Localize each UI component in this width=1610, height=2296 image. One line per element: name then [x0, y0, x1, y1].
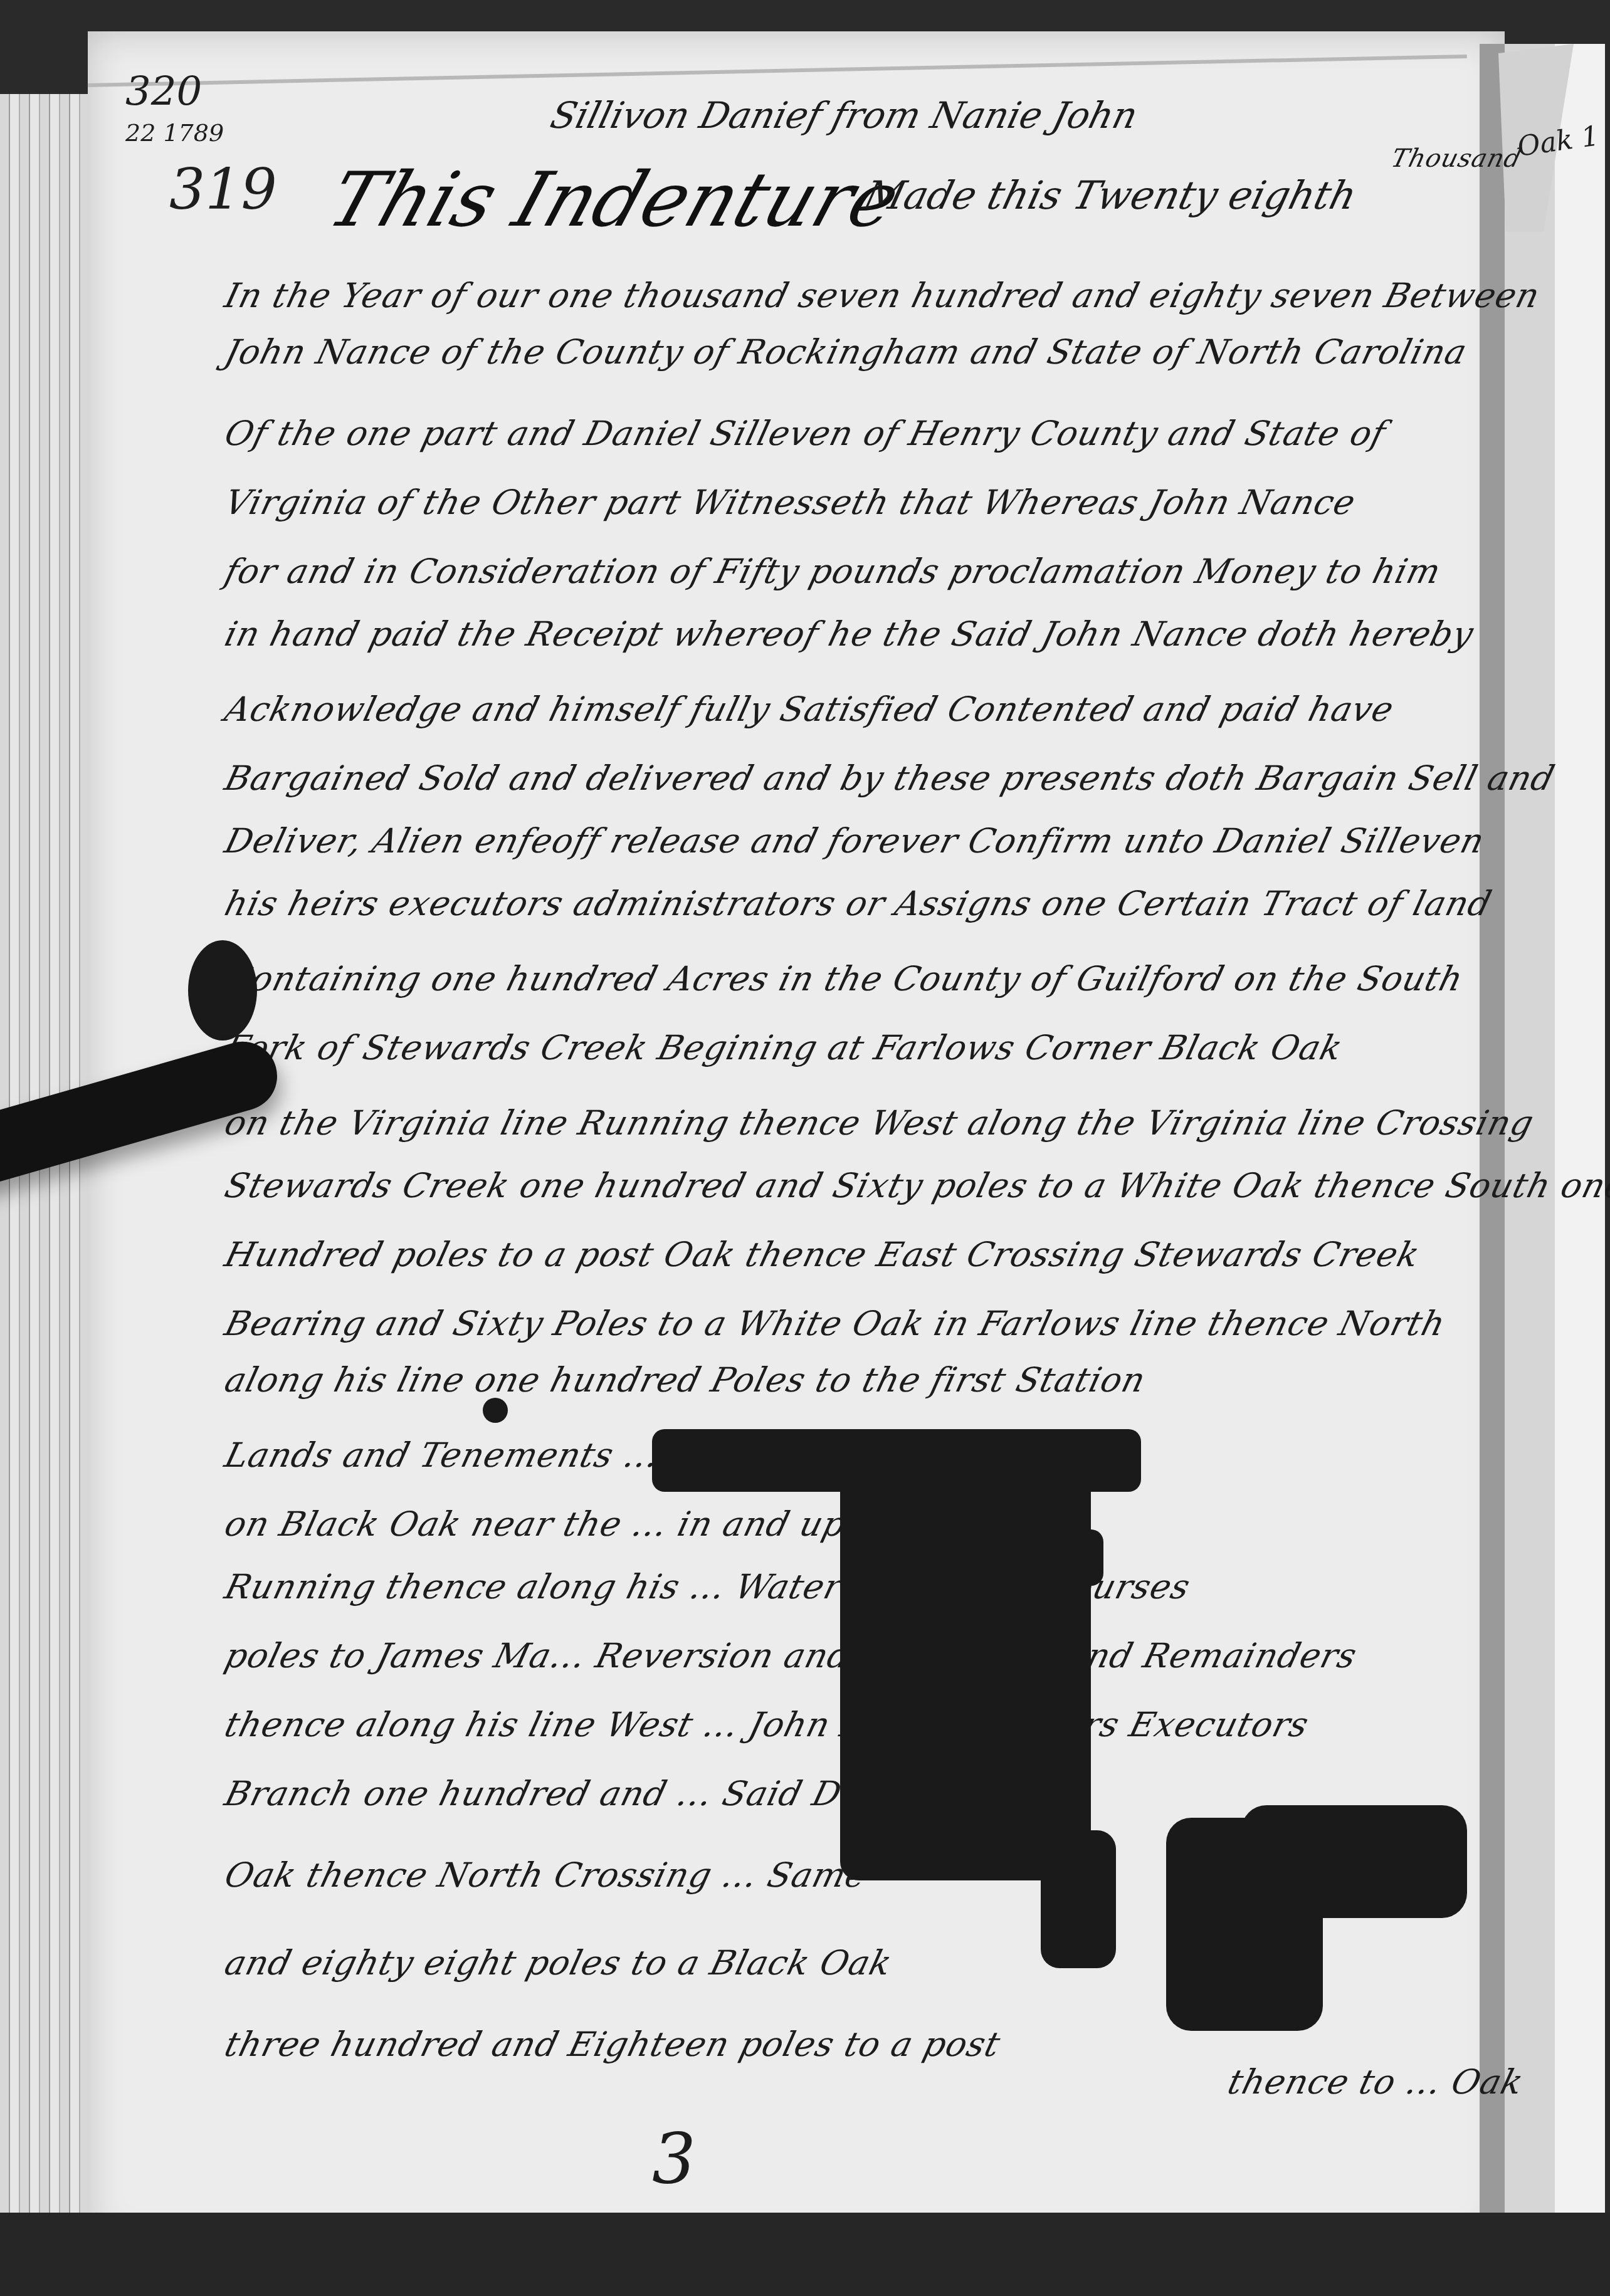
body-line: Oak thence North Crossing ... Same — [221, 1855, 871, 1895]
body-line: Stewards Creek one hundred and Sixty pol… — [221, 1166, 1610, 1205]
body-line: poles to James Ma... Reversion and Remai… — [221, 1636, 1361, 1675]
body-line: Bargained Sold and delivered and by thes… — [221, 758, 1559, 798]
body-line: In the Year of our one thousand seven hu… — [221, 276, 1544, 315]
body-line: three hundred and Eighteen poles to a po… — [221, 2025, 1004, 2064]
body-line: Hundred poles to a post Oak thence East … — [221, 1235, 1424, 1274]
body-line: thence to ... Oak — [1224, 2062, 1528, 2102]
body-line: on the Virginia line Running thence West… — [221, 1103, 1538, 1143]
ink-stain — [483, 1398, 508, 1423]
body-line: for and in Consideration of Fifty pounds… — [221, 552, 1445, 591]
body-line: Deliver, Alien enfeoff release and forev… — [221, 821, 1488, 861]
body-line: along his line one hundred Poles to the … — [221, 1360, 1150, 1400]
ink-stain — [188, 940, 257, 1041]
margin-date-note: 22 1789 — [125, 119, 224, 147]
heading-continuation: Made this Twenty eighth — [860, 172, 1361, 218]
closing-flourish: 3 — [652, 2119, 696, 2199]
header-note: Sillivon Danief from Nanie John — [547, 94, 1142, 137]
deed-heading: This Indenture — [318, 157, 910, 244]
body-line: his heirs executors administrators or As… — [221, 884, 1496, 923]
body-line: Thousand — [1388, 144, 1525, 173]
body-line: John Nance of the County of Rockingham a… — [221, 332, 1471, 372]
body-line: Of the one part and Daniel Silleven of H… — [221, 414, 1390, 453]
ink-stain — [1041, 1830, 1116, 1968]
ink-stain — [903, 1529, 1103, 1586]
body-line: Acknowledge and himself fully Satisfied … — [221, 689, 1398, 729]
body-line: and eighty eight poles to a Black Oak — [221, 1943, 896, 1983]
page-number-top: 320 — [125, 69, 202, 115]
body-line: Virginia of the Other part Witnesseth th… — [221, 483, 1360, 522]
ink-stain — [840, 1429, 1091, 1880]
ink-stain — [1241, 1805, 1467, 1918]
body-line: Containing one hundred Acres in the Coun… — [221, 959, 1467, 999]
body-line: thence along his line West ... John Nanc… — [221, 1705, 1313, 1744]
body-line: Bearing and Sixty Poles to a White Oak i… — [221, 1304, 1450, 1343]
background-bottom — [0, 2213, 1610, 2296]
body-line: Fork of Stewards Creek Begining at Farlo… — [221, 1028, 1347, 1067]
body-line: in hand paid the Receipt whereof he the … — [221, 614, 1478, 654]
page-number: 319 — [169, 157, 277, 223]
